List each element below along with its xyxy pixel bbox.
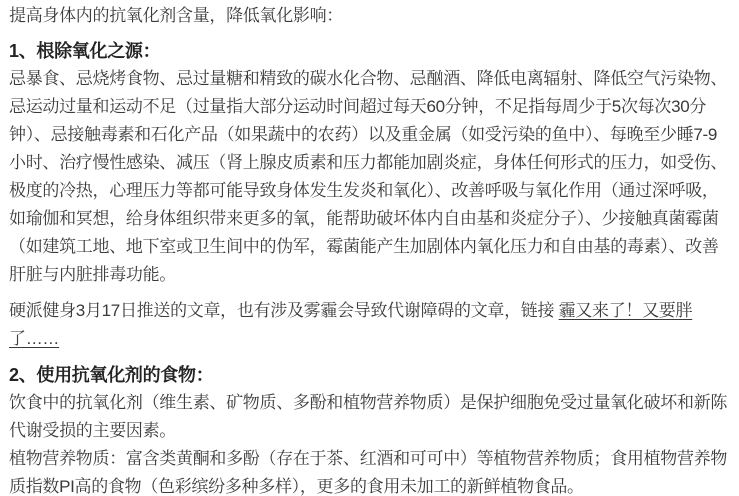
note-paragraph: 硬派健身3月17日推送的文章，也有涉及雾霾会导致代谢障碍的文章，链接 霾又来了！… [9, 297, 733, 353]
smog-article-link[interactable]: 霾又来了！又要胖 [559, 301, 693, 320]
text-line: 钟）、忌接触毒素和石化产品（如果蔬中的农药）以及重金属（如受污染的鱼中）、每晚至… [9, 121, 733, 149]
article-page: 提高身体内的抗氧化剂含量，降低氧化影响： 1、根除氧化之源： 忌暴食、忌烧烤食物… [0, 0, 739, 496]
text-line: 小时、治疗慢性感染、减压（肾上腺皮质素和压力都能加剧炎症，身体任何形式的压力，如… [9, 149, 733, 177]
intro-line: 提高身体内的抗氧化剂含量，降低氧化影响： [9, 2, 733, 30]
section2-heading: 2、使用抗氧化剂的食物： [9, 361, 733, 389]
text-line: （如建筑工地、地下室或卫生间中的伪军，霉菌能产生加剧体内氧化压力和自由基的毒素）… [9, 233, 733, 261]
text-line: 了…… [9, 325, 733, 353]
text-line: 忌暴食、忌烧烤食物、忌过量糖和精致的碳水化合物、忌酗酒、降低电离辐射、降低空气污… [9, 65, 733, 93]
section1-heading: 1、根除氧化之源： [9, 37, 733, 65]
section2-paragraph: 饮食中的抗氧化剂（维生素、矿物质、多酚和植物营养物质）是保护细胞免受过量氧化破坏… [9, 389, 733, 496]
text-line: 代谢受损的主要因素。 [9, 417, 733, 445]
text-line: 极度的冷热，心理压力等都可能导致身体发生发炎和氧化）、改善呼吸与氧化作用（通过深… [9, 177, 733, 205]
text-line: 饮食中的抗氧化剂（维生素、矿物质、多酚和植物营养物质）是保护细胞免受过量氧化破坏… [9, 389, 733, 417]
text-line: 忌运动过量和运动不足（过量指大部分运动时间超过每天60分钟，不足指每周少于5次每… [9, 93, 733, 121]
text-line: 肝脏与内脏排毒功能。 [9, 261, 733, 289]
text-line: 质指数PI高的食物（色彩缤纷多种多样），更多的食用未加工的新鲜植物食品。 [9, 473, 733, 496]
text-line: 植物营养物质：富含类黄酮和多酚（存在于茶、红酒和可可中）等植物营养物质；食用植物… [9, 445, 733, 473]
note-text: 硬派健身3月17日推送的文章，也有涉及雾霾会导致代谢障碍的文章，链接 [9, 301, 559, 320]
text-line: 如瑜伽和冥想，给身体组织带来更多的氧，能帮助破坏体内自由基和炎症分子）、少接触真… [9, 205, 733, 233]
text-line: 硬派健身3月17日推送的文章，也有涉及雾霾会导致代谢障碍的文章，链接 霾又来了！… [9, 297, 733, 325]
smog-article-link-continued[interactable]: 了…… [9, 329, 59, 348]
section1-paragraph: 忌暴食、忌烧烤食物、忌过量糖和精致的碳水化合物、忌酗酒、降低电离辐射、降低空气污… [9, 65, 733, 289]
